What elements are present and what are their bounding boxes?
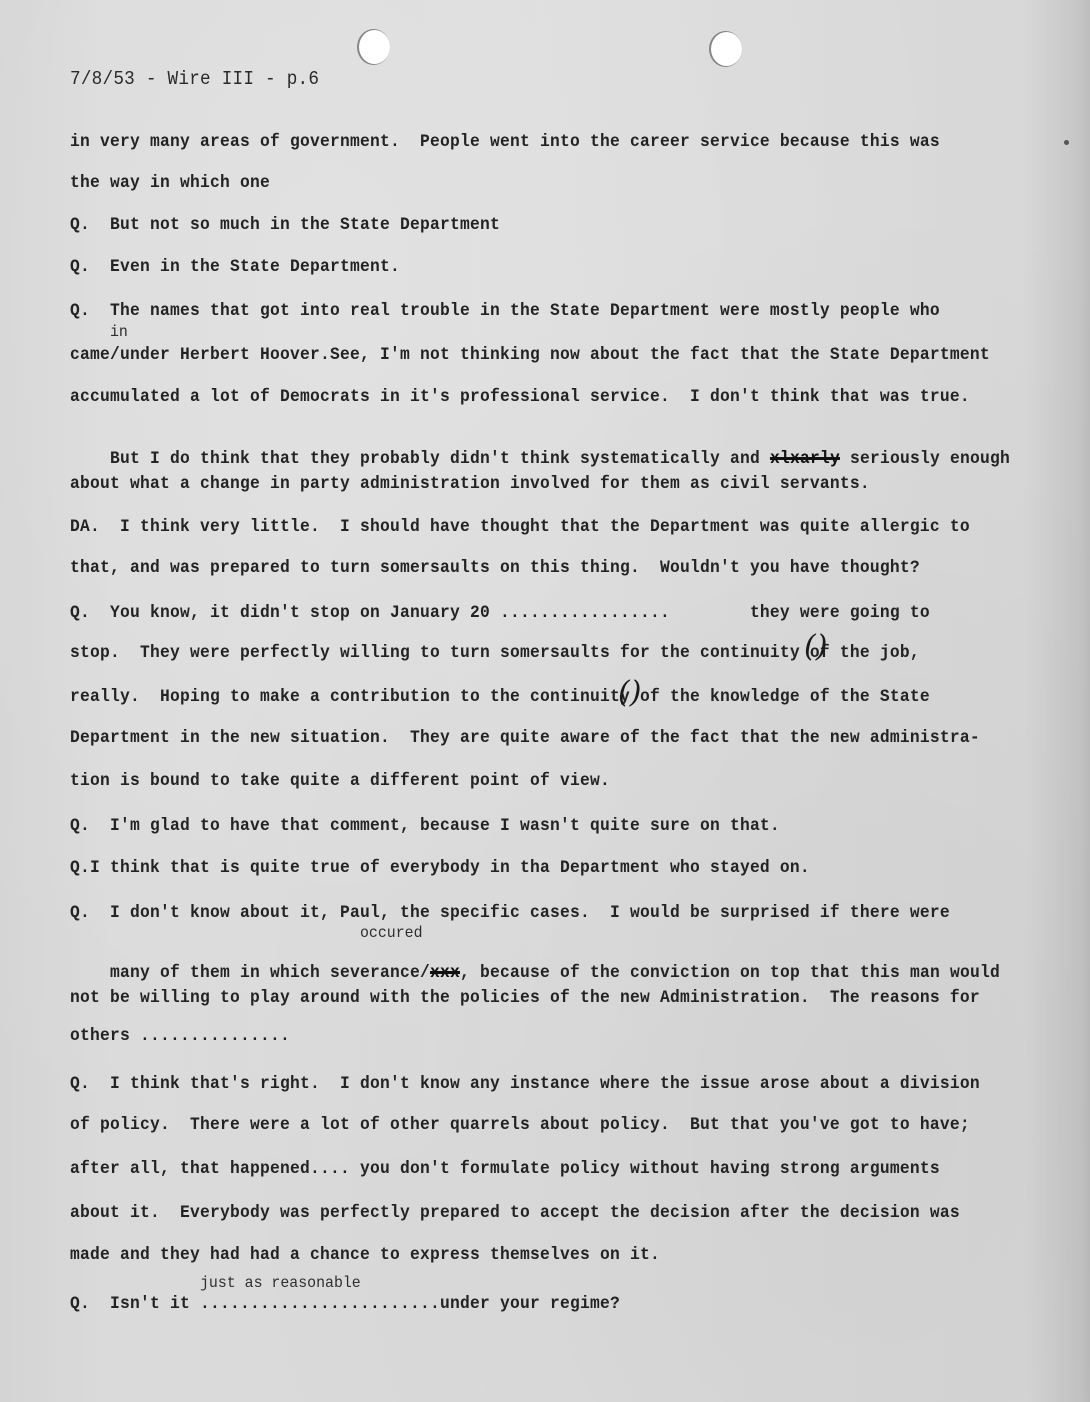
text-line: Q. I don't know about it, Paul, the spec… — [70, 905, 950, 923]
text-line: Q. I'm glad to have that comment, becaus… — [70, 818, 780, 836]
text-line: Q. You know, it didn't stop on January 2… — [70, 605, 930, 623]
text-line: in very many areas of government. People… — [70, 134, 940, 152]
text-line: after all, that happened.... you don't f… — [70, 1161, 940, 1179]
interlinear-insert: just as reasonable — [200, 1275, 361, 1291]
text-line: about what a change in party administrat… — [70, 476, 870, 494]
text-line: stop. They were perfectly willing to tur… — [70, 645, 920, 663]
text-line: accumulated a lot of Democrats in it's p… — [70, 389, 970, 407]
punch-hole-right — [711, 32, 742, 66]
page-header: 7/8/53 - Wire III - p.6 — [70, 70, 319, 89]
text-line: really. Hoping to make a contribution to… — [70, 689, 930, 707]
text-line: Q. I think that's right. I don't know an… — [70, 1076, 980, 1094]
text-line: tion is bound to take quite a different … — [70, 773, 610, 791]
text-line: DA. I think very little. I should have t… — [70, 519, 970, 537]
text-line: not be willing to play around with the p… — [70, 990, 980, 1008]
text-line: Department in the new situation. They ar… — [70, 730, 980, 748]
handwritten-correction-mark: () — [618, 678, 641, 708]
text-line: about it. Everybody was perfectly prepar… — [70, 1205, 960, 1223]
text-line: Q. Even in the State Department. — [70, 259, 400, 277]
text-line: of policy. There were a lot of other qua… — [70, 1117, 970, 1135]
ink-speck — [1064, 140, 1069, 145]
handwritten-correction-mark: () — [804, 632, 827, 662]
struck-out-word: xlxarly — [770, 449, 840, 469]
text-segment: But I do think that they probably didn't… — [110, 449, 770, 469]
text-line: Q. Isn't it ........................unde… — [70, 1296, 620, 1314]
text-line: others ............... — [70, 1028, 290, 1046]
text-line: the way in which one — [70, 175, 270, 193]
interlinear-insert: occured — [360, 925, 423, 941]
struck-out-word: xxx — [430, 963, 460, 983]
text-line: Q. The names that got into real trouble … — [70, 303, 940, 321]
document-page: 7/8/53 - Wire III - p.6 in very many are… — [0, 0, 1090, 1402]
text-line: Q. But not so much in the State Departme… — [70, 217, 500, 235]
text-segment: many of them in which severance/ — [110, 963, 430, 983]
text-segment: seriously enough — [840, 449, 1010, 469]
text-line: that, and was prepared to turn somersaul… — [70, 560, 920, 578]
text-segment: , because of the conviction on top that … — [460, 963, 1000, 983]
punch-hole-left — [359, 30, 390, 64]
text-line: came/under Herbert Hoover.See, I'm not t… — [70, 347, 990, 365]
text-line: made and they had had a chance to expres… — [70, 1247, 660, 1265]
text-line: Q.I think that is quite true of everybod… — [70, 860, 810, 878]
interlinear-insert: in — [110, 324, 128, 340]
